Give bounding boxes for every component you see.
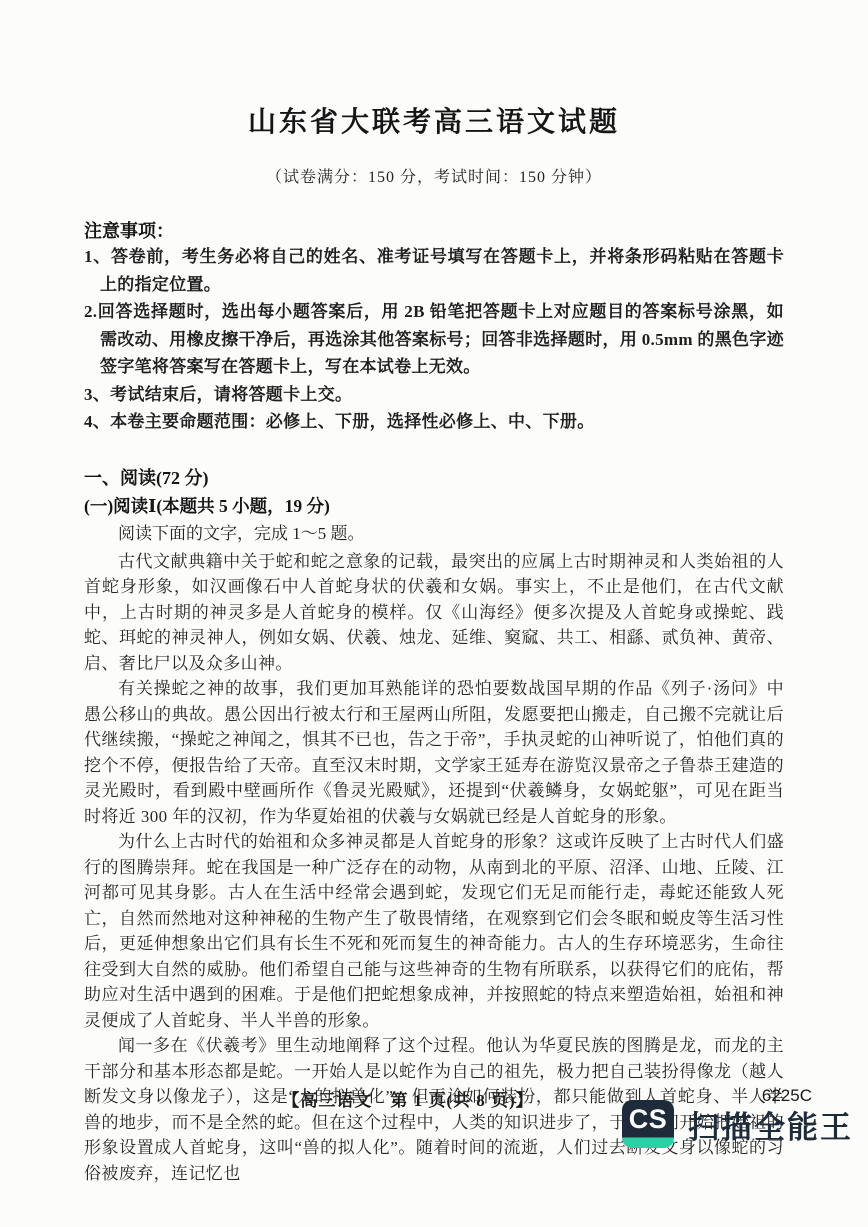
notice-heading: 注意事项： [84, 217, 784, 243]
cs-logo-text: CS [629, 1100, 668, 1138]
camscanner-logo-icon: CS [622, 1100, 674, 1148]
reading-instruction: 阅读下面的文字，完成 1～5 题。 [84, 520, 784, 547]
page-title: 山东省大联考高三语文试题 [84, 100, 784, 140]
exam-info: （试卷满分：150 分，考试时间：150 分钟） [84, 164, 784, 187]
scanned-exam-page: { "document": { "title": "山东省大联考高三语文试题",… [0, 0, 868, 1227]
camscanner-watermark: CS 扫描全能王 [622, 1100, 853, 1148]
passage-paragraph-2: 有关操蛇之神的故事，我们更加耳熟能详的恐怕要数战国早期的作品《列子·汤问》中愚公… [84, 676, 784, 829]
reading-section: 一、阅读(72 分) (一)阅读Ⅰ(本题共 5 小题，19 分) 阅读下面的文字… [84, 464, 784, 547]
section-heading-reading: 一、阅读(72 分) [84, 464, 784, 492]
notice-item-1: 1、答卷前，考生务必将自己的姓名、准考证号填写在答题卡上，并将条形码粘贴在答题卡… [84, 243, 784, 298]
passage-paragraph-3: 为什么上古时代的始祖和众多神灵都是人首蛇身的形象？这或许反映了上古时代人们盛行的… [84, 829, 784, 1033]
notice-item-2: 2.回答选择题时，选出每小题答案后，用 2B 铅笔把答题卡上对应题目的答案标号涂… [84, 298, 784, 381]
notice-item-4: 4、本卷主要命题范围：必修上、下册，选择性必修上、中、下册。 [84, 408, 784, 436]
passage-paragraph-1: 古代文献典籍中关于蛇和蛇之意象的记载，最突出的应属上古时期神灵和人类始祖的人首蛇… [84, 549, 784, 677]
notice-section: 注意事项： 1、答卷前，考生务必将自己的姓名、准考证号填写在答题卡上，并将条形码… [84, 217, 784, 436]
subsection-heading-reading-1: (一)阅读Ⅰ(本题共 5 小题，19 分) [84, 492, 784, 520]
camscanner-label: 扫描全能王 [688, 1102, 853, 1147]
notice-item-3: 3、考试结束后，请将答题卡上交。 [84, 381, 784, 409]
page-content: 山东省大联考高三语文试题 （试卷满分：150 分，考试时间：150 分钟） 注意… [0, 0, 868, 1186]
